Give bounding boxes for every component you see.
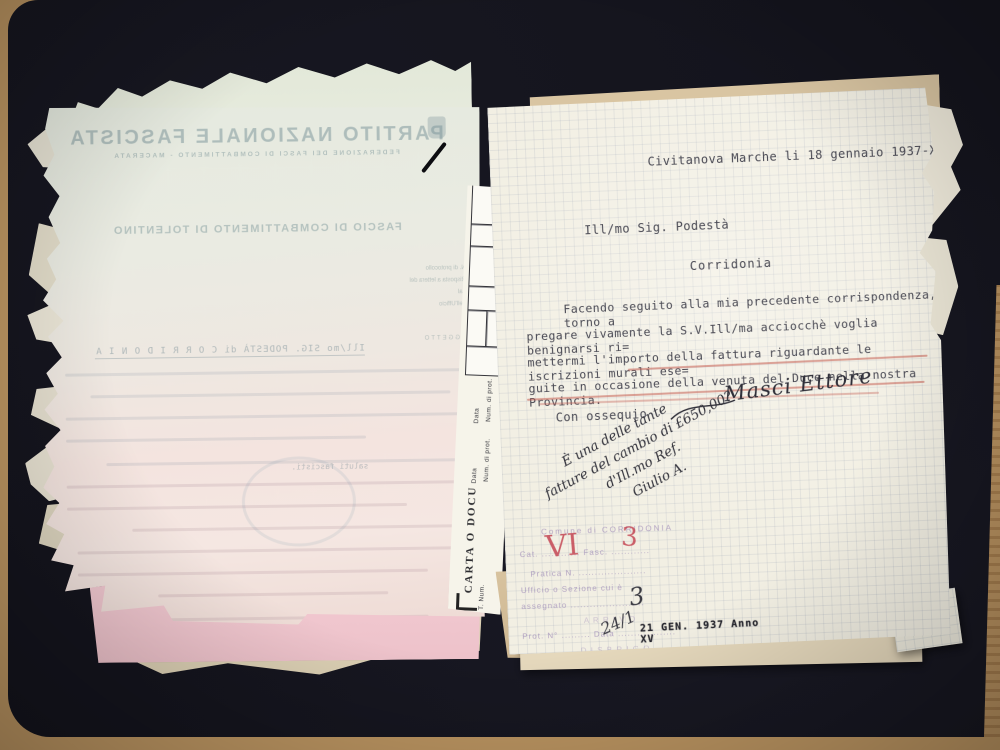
- field-line: Risposta a lettera del: [409, 274, 466, 287]
- letter-dateline: Civitanova Marche li 18 gennaio 1937-XV°: [647, 143, 952, 169]
- ghost-address-line: Ill/mo SIG. PODESTÀ di C O R R I D O N I…: [95, 344, 365, 360]
- field-line: dell'Ufficio: [410, 298, 467, 311]
- letterhead-line3: FASCIO DI COMBATTIMENTO DI TOLENTINO: [33, 220, 481, 238]
- strip-header: Data: [471, 468, 479, 484]
- letter-recipient: Ill/mo Sig. Podestà: [584, 218, 729, 238]
- strip-header: Num. di prot.: [485, 378, 494, 422]
- letterhead-line1: PARTITO NAZIONALE FASCISTA: [32, 122, 480, 151]
- field-line: OGGETTO: [410, 332, 467, 345]
- field-line: N. di protocollo: [409, 262, 466, 275]
- stamp-pratica: Pratica N. .....................: [530, 566, 646, 579]
- field-line: dal: [410, 286, 467, 299]
- archive-photo: PARTITO NAZIONALE FASCISTA FEDERAZIONE D…: [0, 0, 1000, 750]
- typewritten-letter: Civitanova Marche li 18 gennaio 1937-XV°…: [487, 87, 954, 654]
- strip-header: Num. di prot.: [483, 438, 492, 482]
- strip-corner-mark: [456, 593, 478, 611]
- pnf-letter-back: PARTITO NAZIONALE FASCISTA FEDERAZIONE D…: [31, 102, 486, 628]
- red-fascicolo-mark: 3: [621, 522, 639, 553]
- strip-footer: T. Num.: [478, 584, 486, 610]
- red-category-mark: VI: [544, 527, 580, 565]
- letter-city: Corridonia: [689, 256, 772, 273]
- stamp-ufficio: Ufficio o Sezione cui è: [521, 583, 623, 595]
- strip-title: CARTA O DOCU: [463, 485, 479, 593]
- letterhead-fields: N. di protocollo Risposta a lettera del …: [409, 262, 467, 345]
- date-stamp: 21 GEN. 1937 Anno XV: [640, 617, 779, 646]
- strip-header: Data: [473, 408, 481, 424]
